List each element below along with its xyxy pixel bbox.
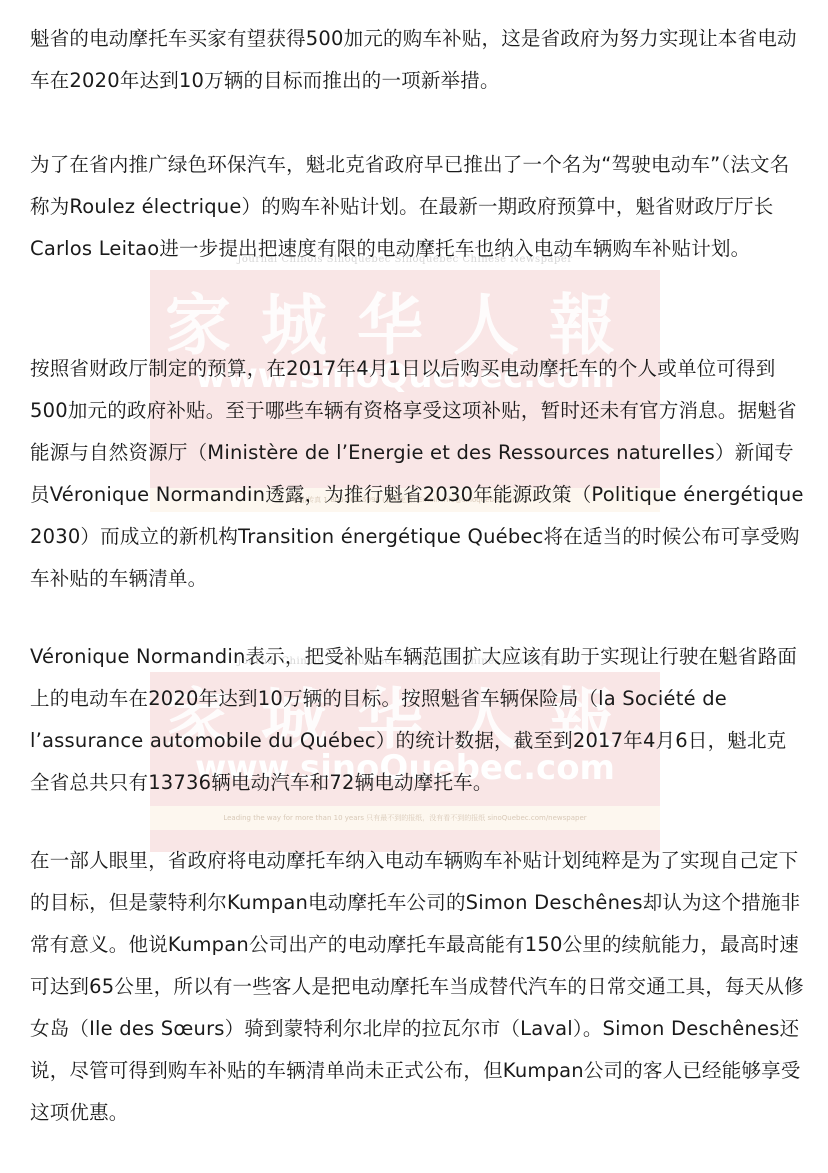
watermark-footer: Leading the way for more than 10 years 只… xyxy=(150,806,660,830)
article-paragraph: Véronique Normandin表示，把受补贴车辆范围扩大应该有助于实现让… xyxy=(30,636,806,804)
article-paragraph: 为了在省内推广绿色环保汽车，魁北克省政府早已推出了一个名为“驾驶电动车”（法文名… xyxy=(30,144,806,270)
article-paragraph: 魁省的电动摩托车买家有望获得500加元的购车补贴，这是省政府为努力实现让本省电动… xyxy=(30,18,806,102)
article-paragraph: 按照省财政厅制定的预算，在2017年4月1日以后购买电动摩托车的个人或单位可得到… xyxy=(30,348,806,600)
article-paragraph: 在一部人眼里，省政府将电动摩托车纳入电动车辆购车补贴计划纯粹是为了实现自己定下的… xyxy=(30,840,806,1134)
